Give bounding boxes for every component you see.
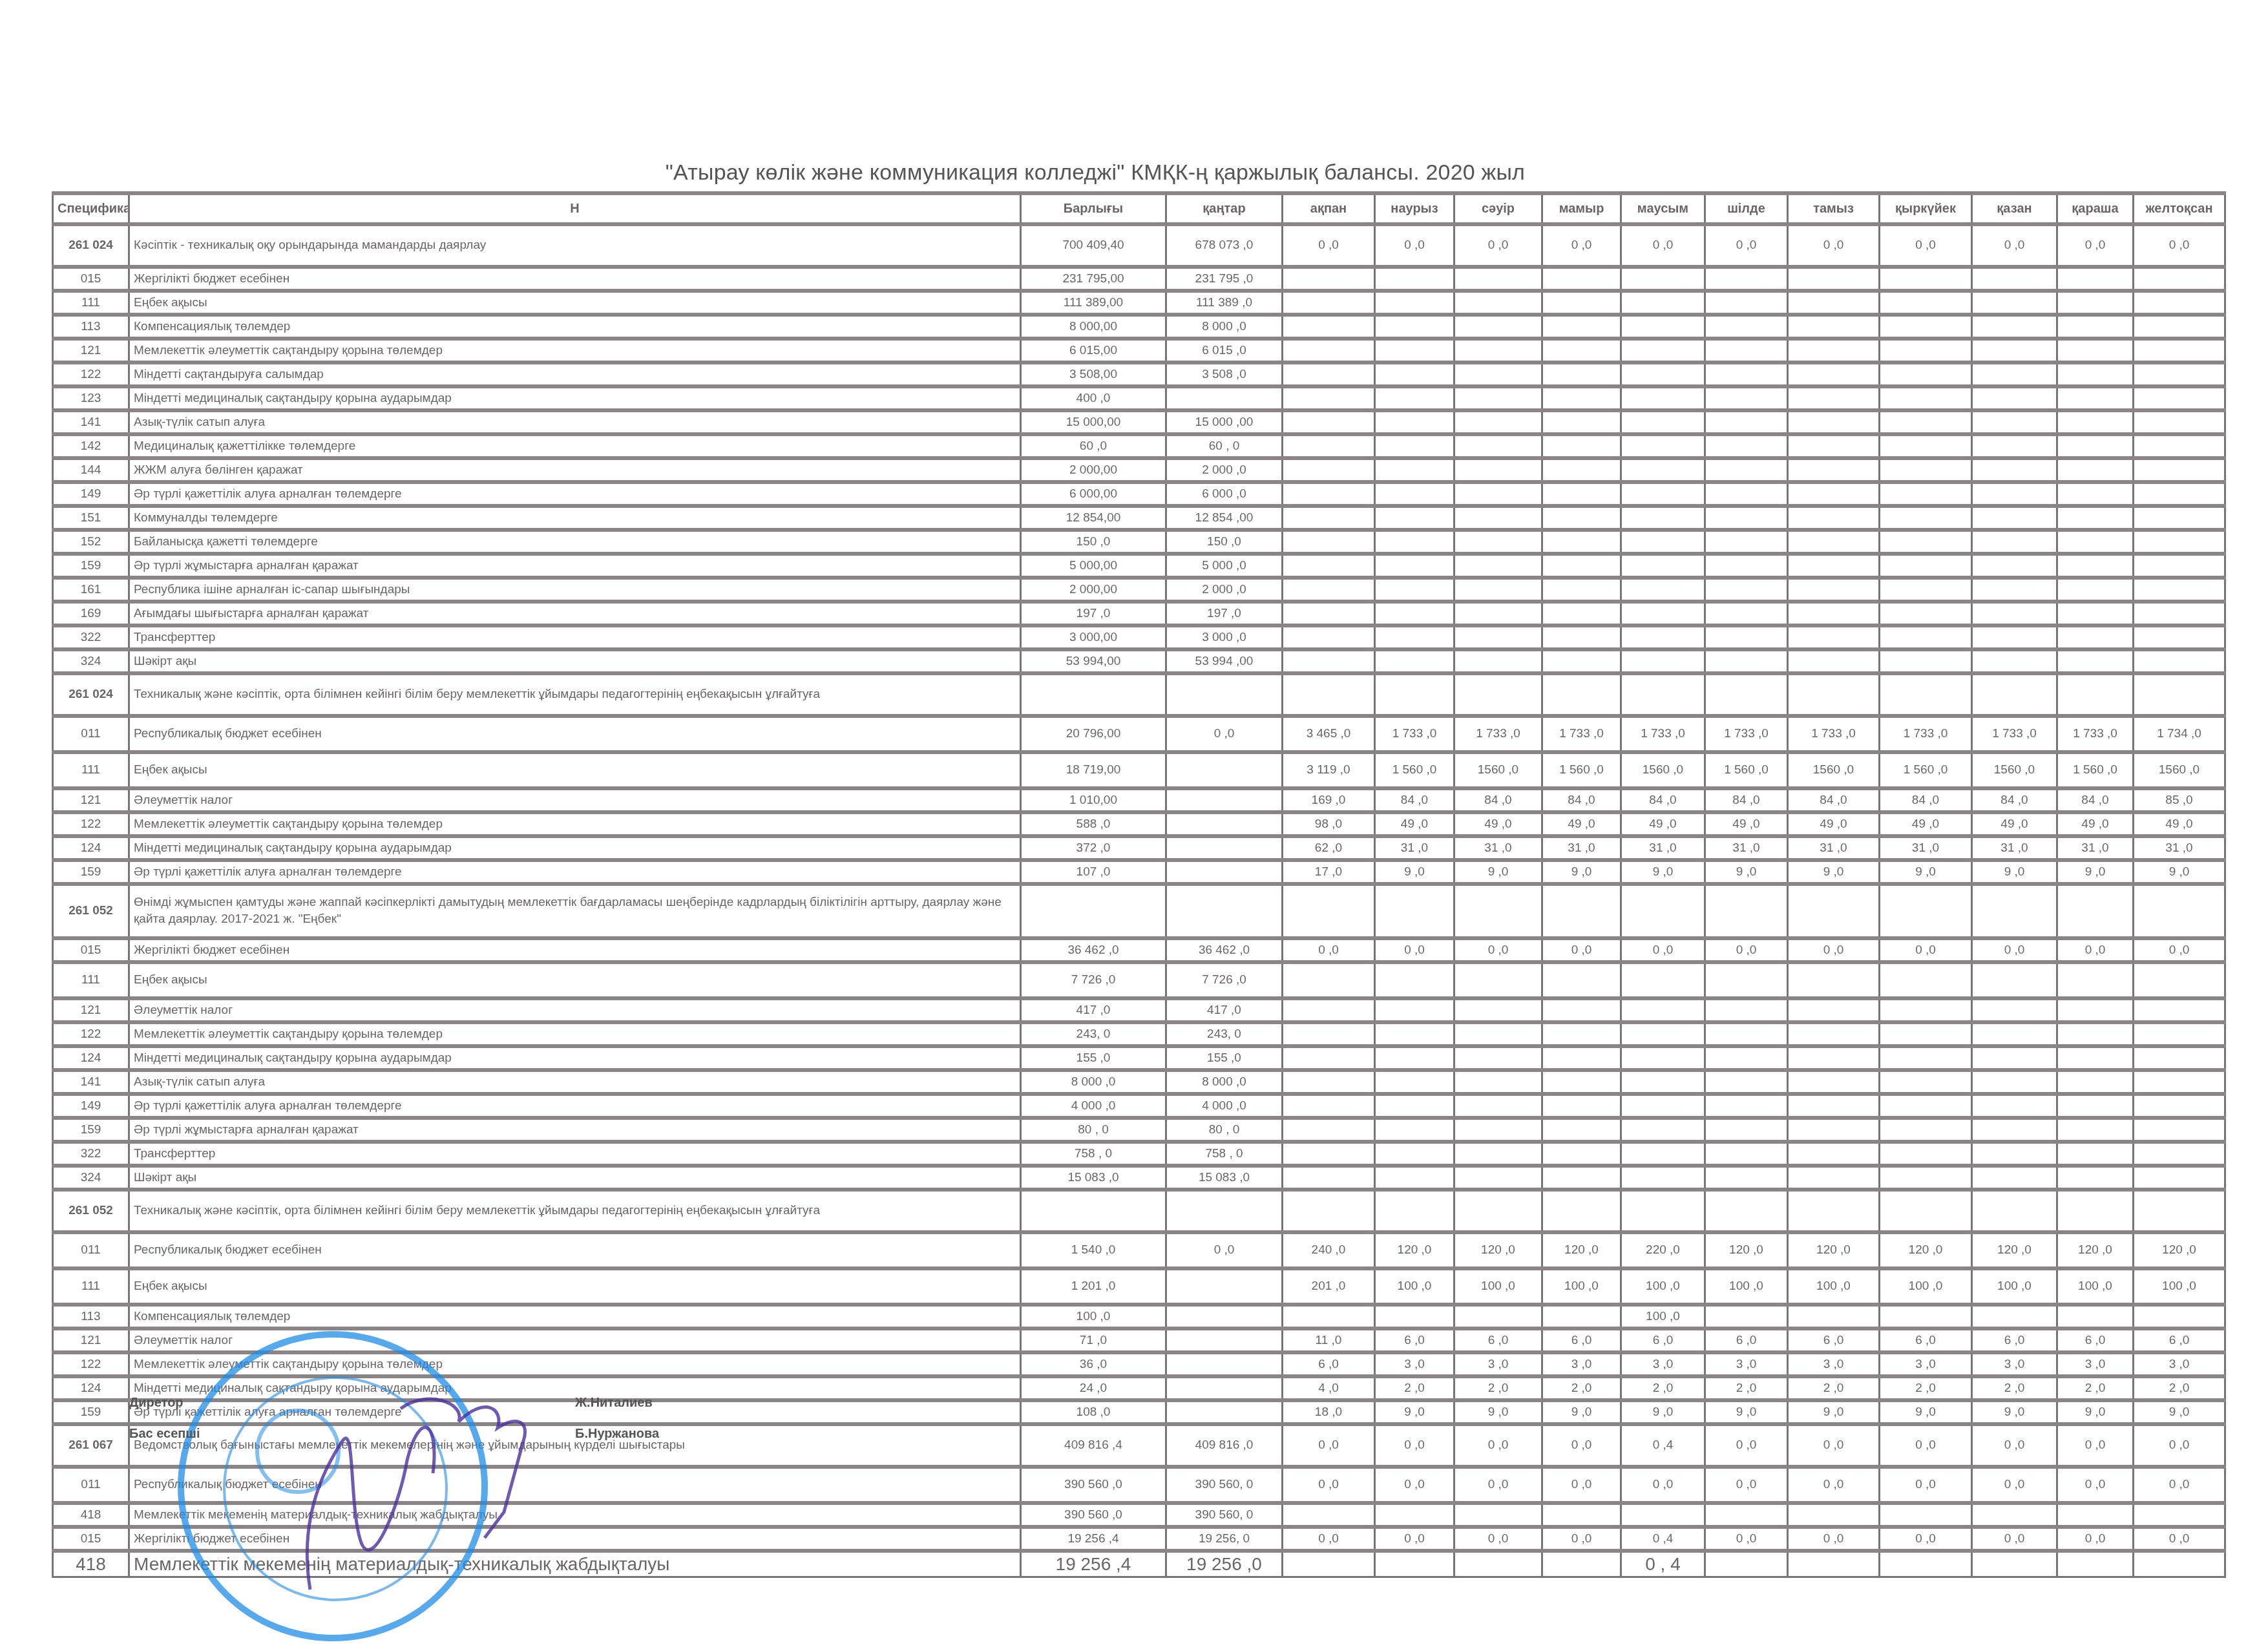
month-cell (1972, 506, 2057, 530)
month-cell: 0 ,0 (1283, 224, 1375, 267)
month-cell (1880, 315, 1972, 339)
month-cell (2057, 1046, 2134, 1070)
spec-code-cell: 418 (53, 1551, 129, 1577)
month-cell (1166, 1268, 1283, 1305)
month-cell (2134, 1094, 2225, 1118)
month-cell (1542, 962, 1621, 998)
month-cell: 220 ,0 (1621, 1232, 1705, 1268)
month-cell: 0 ,0 (2134, 1467, 2225, 1503)
month-cell: 3 000 ,0 (1166, 625, 1283, 649)
column-header: Специфика (53, 193, 129, 224)
table-row: 142Медициналық қажеттілікке төлемдерге60… (53, 434, 2225, 458)
table-row: 122Мемлекеттік әлеуметтік сақтандыру қор… (53, 1022, 2225, 1046)
spec-code-cell: 151 (53, 506, 129, 530)
table-row: 152Байланысқа қажетті төлемдерге150 ,015… (53, 530, 2225, 554)
month-cell (1880, 386, 1972, 410)
month-cell (1375, 625, 1454, 649)
month-cell: 6 ,0 (1705, 1329, 1788, 1352)
item-name-cell: Медициналық қажеттілікке төлемдерге (129, 434, 1021, 458)
month-cell: 2 ,0 (1788, 1376, 1880, 1400)
month-cell (1621, 386, 1705, 410)
month-cell: 0 ,0 (1621, 938, 1705, 962)
month-cell (1705, 1022, 1788, 1046)
table-row: 322Трансферттер3 000,003 000 ,0 (53, 625, 2225, 649)
month-cell: 0 ,0 (1542, 938, 1621, 962)
month-cell: 197 ,0 (1166, 602, 1283, 625)
month-cell: 409 816 ,0 (1166, 1424, 1283, 1467)
total-cell: 197 ,0 (1021, 602, 1166, 625)
month-cell (1705, 1503, 1788, 1527)
month-cell (1542, 434, 1621, 458)
table-row: 159Әр түрлі жұмыстарға арналған қаражат5… (53, 554, 2225, 578)
month-cell (1705, 386, 1788, 410)
month-cell: 9 ,0 (1705, 1400, 1788, 1424)
table-row: 015Жергілікті бюджет есебінен231 795,002… (53, 267, 2225, 291)
spec-code-cell: 149 (53, 482, 129, 506)
month-cell: 4 000 ,0 (1166, 1094, 1283, 1118)
month-cell (1621, 410, 1705, 434)
month-cell (1705, 1070, 1788, 1094)
month-cell: 0 ,0 (1375, 1424, 1454, 1467)
spec-code-cell: 322 (53, 1142, 129, 1166)
month-cell (1880, 625, 1972, 649)
month-cell: 120 ,0 (2134, 1232, 2225, 1268)
month-cell (1542, 386, 1621, 410)
month-cell: 18 ,0 (1283, 1400, 1375, 1424)
month-cell: 9 ,0 (1542, 860, 1621, 884)
section-row: 261 052Өнімді жұмыспен қамтуды және жапп… (53, 884, 2225, 938)
item-name-cell: Трансферттер (129, 625, 1021, 649)
month-cell (1880, 1551, 1972, 1577)
month-cell (1283, 410, 1375, 434)
month-cell (1705, 1166, 1788, 1190)
month-cell (1705, 625, 1788, 649)
month-cell (1705, 1118, 1788, 1142)
month-cell (1880, 410, 1972, 434)
month-cell: 678 073 ,0 (1166, 224, 1283, 267)
table-row: 111Еңбек ақысы18 719,003 119 ,01 560 ,01… (53, 752, 2225, 788)
month-cell: 9 ,0 (2057, 1400, 2134, 1424)
month-cell (1880, 1046, 1972, 1070)
month-cell: 1 733 ,0 (2057, 716, 2134, 752)
month-cell (1542, 1022, 1621, 1046)
month-cell: 31 ,0 (1621, 836, 1705, 860)
month-cell: 150 ,0 (1166, 530, 1283, 554)
month-cell: 201 ,0 (1283, 1268, 1375, 1305)
month-cell: 49 ,0 (1788, 812, 1880, 836)
month-cell (2057, 1503, 2134, 1527)
month-cell: 15 083 ,0 (1166, 1166, 1283, 1190)
item-name-cell: Әр түрлі жұмыстарға арналған қаражат (129, 554, 1021, 578)
table-row: 169Ағымдағы шығыстарға арналған қаражат1… (53, 602, 2225, 625)
month-cell: 9 ,0 (2134, 860, 2225, 884)
month-cell (1972, 998, 2057, 1022)
month-cell (2057, 1305, 2134, 1329)
table-row: 111Еңбек ақысы1 201 ,0201 ,0100 ,0100 ,0… (53, 1268, 2225, 1305)
month-cell: 240 ,0 (1283, 1232, 1375, 1268)
month-cell (1283, 1046, 1375, 1070)
month-cell (1375, 267, 1454, 291)
month-cell (1166, 1352, 1283, 1376)
table-row: 151Коммуналды төлемдерге12 854,0012 854 … (53, 506, 2225, 530)
month-cell: 0 ,0 (1788, 1467, 1880, 1503)
month-cell (2134, 339, 2225, 362)
month-cell (2134, 602, 2225, 625)
month-cell (2057, 1142, 2134, 1166)
month-cell: 100 ,0 (1542, 1268, 1621, 1305)
month-cell: 0 ,0 (1705, 1467, 1788, 1503)
month-cell (1542, 1070, 1621, 1094)
table-row: 144ЖЖМ алуға бөлінген қаражат2 000,002 0… (53, 458, 2225, 482)
month-cell (2057, 267, 2134, 291)
month-cell (1375, 649, 1454, 673)
month-cell (2134, 1118, 2225, 1142)
month-cell (1972, 1305, 2057, 1329)
month-cell: 0 ,0 (2134, 938, 2225, 962)
spec-code-cell: 324 (53, 1166, 129, 1190)
month-cell: 31 ,0 (2057, 836, 2134, 860)
month-cell (1788, 962, 1880, 998)
month-cell (2134, 410, 2225, 434)
month-cell: 4 ,0 (1283, 1376, 1375, 1400)
month-cell: 2 ,0 (1621, 1376, 1705, 1400)
month-cell: 417 ,0 (1166, 998, 1283, 1022)
month-cell: 1 733 ,0 (1375, 716, 1454, 752)
month-cell (1880, 1094, 1972, 1118)
month-cell (1972, 1142, 2057, 1166)
month-cell: 0 ,0 (1454, 1527, 1542, 1551)
month-cell (1788, 291, 1880, 315)
month-cell (1375, 506, 1454, 530)
month-cell: 1 560 ,0 (1375, 752, 1454, 788)
month-cell: 0 ,0 (2057, 1424, 2134, 1467)
month-cell (2057, 962, 2134, 998)
month-cell (1972, 1070, 2057, 1094)
spec-code-cell: 159 (53, 860, 129, 884)
item-name-cell: Коммуналды төлемдерге (129, 506, 1021, 530)
month-cell (1283, 998, 1375, 1022)
total-cell: 36 462 ,0 (1021, 938, 1166, 962)
month-cell (1454, 1551, 1542, 1577)
spec-code-cell: 152 (53, 530, 129, 554)
section-row: 261 024Техникалық және кәсіптік, орта бі… (53, 673, 2225, 716)
accountant-name: Б.Нуржанова (575, 1427, 659, 1442)
month-cell (1788, 1142, 1880, 1166)
month-cell (1788, 386, 1880, 410)
month-cell (1454, 1118, 1542, 1142)
month-cell (1972, 1190, 2057, 1232)
month-cell (1788, 267, 1880, 291)
month-cell (1972, 1166, 2057, 1190)
month-cell: 0 ,0 (1705, 1424, 1788, 1467)
month-cell: 0 ,0 (2057, 1527, 2134, 1551)
month-cell (1166, 752, 1283, 788)
month-cell (2134, 434, 2225, 458)
total-cell: 1 540 ,0 (1021, 1232, 1166, 1268)
month-cell (2134, 482, 2225, 506)
column-header: Барлығы (1021, 193, 1166, 224)
month-cell (2134, 315, 2225, 339)
month-cell: 6 ,0 (2134, 1329, 2225, 1352)
month-cell: 31 ,0 (1880, 836, 1972, 860)
item-name-cell: Ағымдағы шығыстарға арналған қаражат (129, 602, 1021, 625)
month-cell: 1560 ,0 (1972, 752, 2057, 788)
month-cell (1705, 554, 1788, 578)
month-cell (1283, 458, 1375, 482)
month-cell: 243, 0 (1166, 1022, 1283, 1046)
month-cell (1454, 673, 1542, 716)
item-name-cell: Компенсациялық төлемдер (129, 1305, 1021, 1329)
month-cell (1166, 1376, 1283, 1400)
column-header: қараша (2057, 193, 2134, 224)
month-cell (1542, 1046, 1621, 1070)
month-cell (2057, 386, 2134, 410)
month-cell: 9 ,0 (1972, 860, 2057, 884)
month-cell (1880, 1190, 1972, 1232)
item-name-cell: Әр түрлі қажеттілік алуға арналған төлем… (129, 1094, 1021, 1118)
spec-code-cell: 015 (53, 267, 129, 291)
month-cell (1621, 602, 1705, 625)
month-cell (1788, 315, 1880, 339)
month-cell: 1 733 ,0 (1542, 716, 1621, 752)
month-cell (2057, 339, 2134, 362)
month-cell (1972, 315, 2057, 339)
month-cell (1542, 884, 1621, 938)
month-cell: 100 ,0 (1705, 1268, 1788, 1305)
month-cell (1454, 1094, 1542, 1118)
month-cell (1375, 962, 1454, 998)
month-cell (1972, 625, 2057, 649)
month-cell (2134, 578, 2225, 602)
month-cell (1972, 962, 2057, 998)
month-cell (1375, 1118, 1454, 1142)
item-name-cell: Әр түрлі қажеттілік алуға арналған төлем… (129, 482, 1021, 506)
month-cell (1542, 339, 1621, 362)
month-cell (2134, 1022, 2225, 1046)
month-cell (1880, 291, 1972, 315)
month-cell: 0 ,0 (1788, 1527, 1880, 1551)
spec-code-cell: 011 (53, 716, 129, 752)
month-cell: 1560 ,0 (1788, 752, 1880, 788)
total-cell: 1 201 ,0 (1021, 1268, 1166, 1305)
month-cell (1705, 434, 1788, 458)
month-cell: 84 ,0 (1788, 788, 1880, 812)
month-cell (1542, 1503, 1621, 1527)
month-cell: 9 ,0 (1542, 1400, 1621, 1424)
month-cell (2057, 482, 2134, 506)
month-cell: 0 ,0 (1621, 224, 1705, 267)
table-row: 124Міндетті медициналық сақтандыру қорын… (53, 1046, 2225, 1070)
month-cell (1621, 1094, 1705, 1118)
month-cell: 84 ,0 (1375, 788, 1454, 812)
month-cell (1166, 1400, 1283, 1424)
month-cell (1880, 1166, 1972, 1190)
month-cell: 1 733 ,0 (1705, 716, 1788, 752)
spec-code-cell: 322 (53, 625, 129, 649)
spec-code-cell: 015 (53, 1527, 129, 1551)
table-row: 159Әр түрлі жұмыстарға арналған қаражат8… (53, 1118, 2225, 1142)
table-row: 121Мемлекеттік әлеуметтік сақтандыру қор… (53, 339, 2225, 362)
month-cell: 120 ,0 (1542, 1232, 1621, 1268)
month-cell: 49 ,0 (1375, 812, 1454, 836)
month-cell (1283, 267, 1375, 291)
month-cell: 49 ,0 (1454, 812, 1542, 836)
director-label: Диретор (129, 1396, 184, 1411)
month-cell (1542, 625, 1621, 649)
month-cell (1880, 339, 1972, 362)
total-cell: 71 ,0 (1021, 1329, 1166, 1352)
spec-code-cell: 144 (53, 458, 129, 482)
month-cell (1705, 962, 1788, 998)
month-cell (2057, 362, 2134, 386)
item-name-cell: Республикалық бюджет есебінен (129, 716, 1021, 752)
total-cell: 231 795,00 (1021, 267, 1166, 291)
month-cell: 0 ,0 (1972, 1424, 2057, 1467)
month-cell (1972, 578, 2057, 602)
month-cell (1621, 506, 1705, 530)
month-cell (1375, 458, 1454, 482)
month-cell (2057, 506, 2134, 530)
month-cell: 49 ,0 (1705, 812, 1788, 836)
month-cell (1542, 673, 1621, 716)
month-cell: 9 ,0 (1880, 860, 1972, 884)
month-cell: 31 ,0 (1972, 836, 2057, 860)
month-cell: 8 000 ,0 (1166, 315, 1283, 339)
month-cell: 15 000 ,00 (1166, 410, 1283, 434)
month-cell: 390 560, 0 (1166, 1467, 1283, 1503)
month-cell (1375, 1070, 1454, 1094)
column-header: Н (129, 193, 1021, 224)
month-cell: 84 ,0 (2057, 788, 2134, 812)
month-cell: 31 ,0 (2134, 836, 2225, 860)
month-cell (1375, 1551, 1454, 1577)
month-cell (1972, 339, 2057, 362)
month-cell (1283, 884, 1375, 938)
item-name-cell: Республикалық бюджет есебінен (129, 1232, 1021, 1268)
month-cell (1283, 962, 1375, 998)
total-cell: 107 ,0 (1021, 860, 1166, 884)
month-cell (1542, 1118, 1621, 1142)
month-cell: 1 733 ,0 (1621, 716, 1705, 752)
month-cell (2057, 1166, 2134, 1190)
month-cell: 6 000 ,0 (1166, 482, 1283, 506)
table-header-row: СпецификаНБарлығықаңтарақпаннаурызсәуірм… (53, 193, 2225, 224)
item-name-cell: Еңбек ақысы (129, 291, 1021, 315)
month-cell (1542, 530, 1621, 554)
month-cell (1788, 434, 1880, 458)
month-cell (1972, 1551, 2057, 1577)
month-cell (1283, 506, 1375, 530)
month-cell (2057, 673, 2134, 716)
month-cell (2134, 884, 2225, 938)
month-cell (2057, 458, 2134, 482)
table-row: 015Жергілікті бюджет есебінен36 462 ,036… (53, 938, 2225, 962)
month-cell (1166, 1329, 1283, 1352)
month-cell: 2 ,0 (1542, 1376, 1621, 1400)
month-cell (1542, 1305, 1621, 1329)
total-cell: 372 ,0 (1021, 836, 1166, 860)
month-cell (1454, 884, 1542, 938)
item-name-cell: ЖЖМ алуға бөлінген қаражат (129, 458, 1021, 482)
month-cell: 0 ,0 (1454, 1424, 1542, 1467)
month-cell (1788, 554, 1880, 578)
month-cell (1375, 434, 1454, 458)
month-cell (1705, 482, 1788, 506)
month-cell: 12 854 ,00 (1166, 506, 1283, 530)
total-cell: 400 ,0 (1021, 386, 1166, 410)
month-cell: 0 ,0 (1454, 938, 1542, 962)
spec-code-cell: 123 (53, 386, 129, 410)
month-cell (1283, 1305, 1375, 1329)
spec-code-cell: 011 (53, 1232, 129, 1268)
total-cell: 15 083 ,0 (1021, 1166, 1166, 1190)
total-cell: 4 000 ,0 (1021, 1094, 1166, 1118)
month-cell: 3 ,0 (1880, 1352, 1972, 1376)
column-header: тамыз (1788, 193, 1880, 224)
month-cell (1788, 458, 1880, 482)
month-cell (2134, 1070, 2225, 1094)
month-cell (1972, 884, 2057, 938)
total-cell: 155 ,0 (1021, 1046, 1166, 1070)
item-name-cell: Мемлекеттік әлеуметтік сақтандыру қорына… (129, 812, 1021, 836)
month-cell (1880, 602, 1972, 625)
month-cell (2057, 434, 2134, 458)
month-cell (1880, 362, 1972, 386)
month-cell (1621, 1190, 1705, 1232)
month-cell (2134, 649, 2225, 673)
month-cell (1283, 1070, 1375, 1094)
month-cell: 120 ,0 (2057, 1232, 2134, 1268)
month-cell: 0 ,0 (1705, 938, 1788, 962)
spec-code-cell: 169 (53, 602, 129, 625)
month-cell (1621, 1142, 1705, 1166)
month-cell (1542, 998, 1621, 1022)
column-header: сәуір (1454, 193, 1542, 224)
month-cell (1705, 530, 1788, 554)
month-cell: 100 ,0 (1880, 1268, 1972, 1305)
month-cell: 9 ,0 (1621, 860, 1705, 884)
month-cell (1705, 884, 1788, 938)
month-cell: 0 ,0 (1880, 938, 1972, 962)
spec-code-cell: 261 024 (53, 224, 129, 267)
month-cell (1454, 362, 1542, 386)
month-cell (1375, 1142, 1454, 1166)
month-cell: 60 , 0 (1166, 434, 1283, 458)
month-cell (1375, 998, 1454, 1022)
director-name: Ж.Ниталиев (575, 1396, 653, 1411)
month-cell (1705, 1190, 1788, 1232)
month-cell (1375, 291, 1454, 315)
month-cell: 120 ,0 (1705, 1232, 1788, 1268)
month-cell (1375, 578, 1454, 602)
month-cell: 0 ,0 (1972, 938, 2057, 962)
month-cell (1880, 962, 1972, 998)
spec-code-cell: 111 (53, 752, 129, 788)
month-cell: 0 ,0 (1542, 224, 1621, 267)
month-cell (1972, 1118, 2057, 1142)
item-name-cell: Шәкірт ақы (129, 649, 1021, 673)
month-cell: 3 ,0 (2057, 1352, 2134, 1376)
month-cell (1621, 625, 1705, 649)
month-cell (1972, 1503, 2057, 1527)
month-cell: 3 ,0 (1788, 1352, 1880, 1376)
month-cell: 2 ,0 (1375, 1376, 1454, 1400)
total-cell: 8 000,00 (1021, 315, 1166, 339)
month-cell (1454, 602, 1542, 625)
total-cell: 8 000 ,0 (1021, 1070, 1166, 1094)
month-cell (2057, 625, 2134, 649)
item-name-cell: Әлеуметтік налог (129, 998, 1021, 1022)
